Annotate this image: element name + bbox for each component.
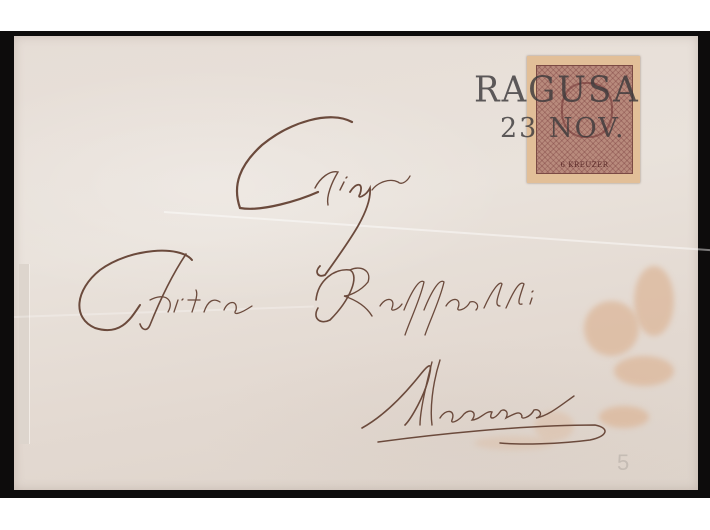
foxing-stain [599,406,649,428]
paper-fold [164,211,710,252]
foxing-stain [534,411,574,441]
foxing-stain [474,436,554,450]
inner-sheet-edge [19,264,30,444]
foxing-stain [614,356,674,386]
foxing-stain [584,301,639,356]
postmark-city: RAGUSA [474,69,640,111]
paper-fold [14,306,314,318]
stamp-value: 6 KREUZER [537,161,632,169]
foxing-stain [634,266,674,336]
postmark-date: 23 NOV. [500,113,626,144]
pencil-annotation: 5 [617,450,629,476]
